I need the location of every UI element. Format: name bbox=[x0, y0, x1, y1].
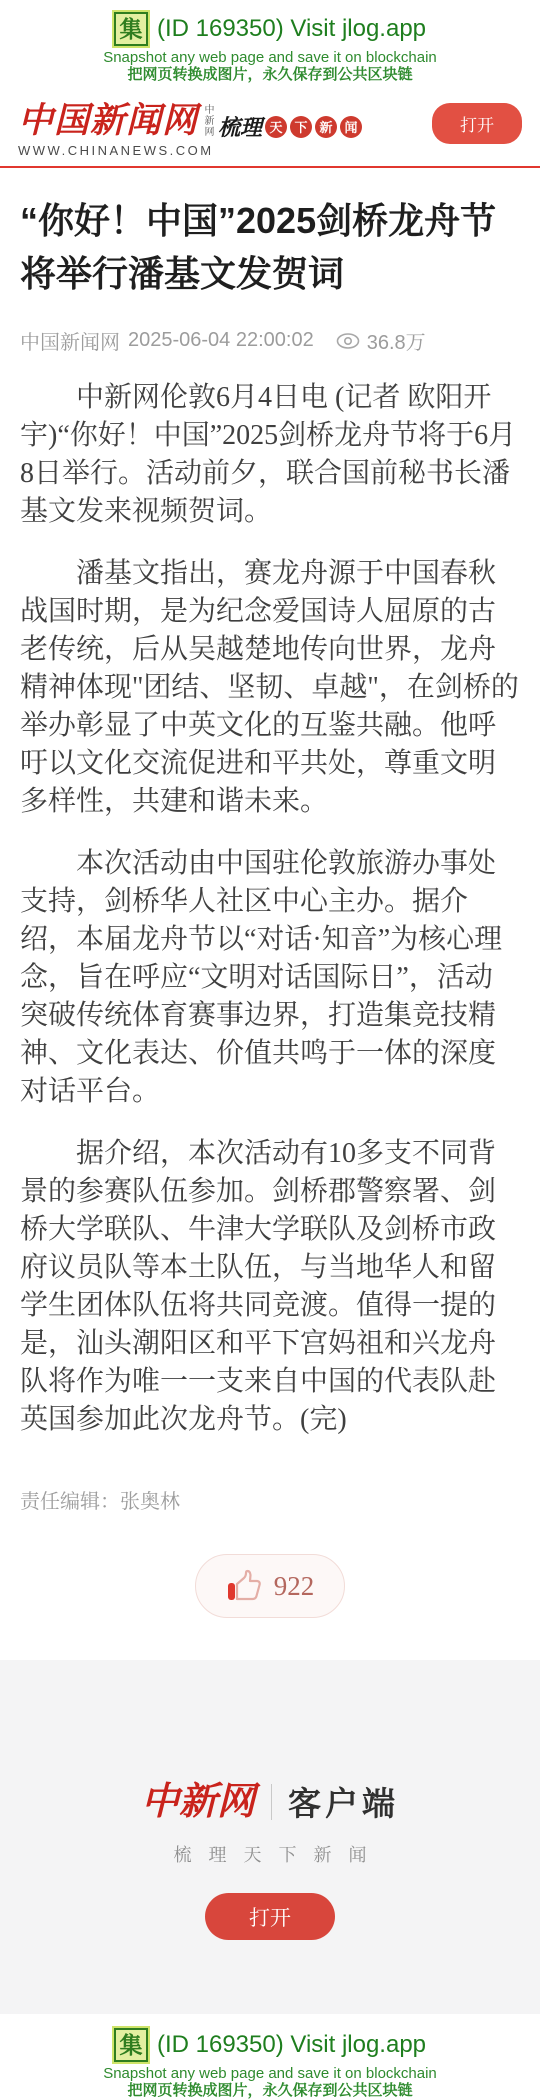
footer-logo-row: 中新网 客户端 bbox=[141, 1778, 399, 1825]
jlog-subtitle-zh: 把网页转换成图片，永久保存到公共区块链 bbox=[0, 66, 540, 83]
chinanews-logo-url: WWW.CHINANEWS.COM bbox=[18, 143, 214, 158]
jlog-logo-icon: 集 bbox=[114, 2028, 148, 2062]
article-paragraph: 潘基文指出，赛龙舟源于中国春秋战国时期，是为纪念爱国诗人屈原的古老传统，后从吴越… bbox=[20, 555, 520, 821]
jlog-subtitle-en: Snapshot any web page and save it on blo… bbox=[0, 2065, 540, 2082]
slogan-seal: 新 bbox=[315, 116, 337, 138]
jlog-subtitle-zh: 把网页转换成图片，永久保存到公共区块链 bbox=[0, 2082, 540, 2099]
page: 集 (ID 169350) Visit jlog.app Snapshot an… bbox=[0, 0, 540, 2099]
article-paragraph: 本次活动由中国驻伦敦旅游办事处支持，剑桥华人社区中心主办。据介绍，本届龙舟节以“… bbox=[20, 845, 520, 1111]
article-title: “你好！中国”2025剑桥龙舟节将举行潘基文发贺词 bbox=[20, 194, 520, 300]
article-meta: 中国新闻网 2025-06-04 22:00:02 36.8万 bbox=[20, 326, 520, 355]
open-app-button-header[interactable]: 打开 bbox=[432, 103, 522, 144]
footer-client-label: 客户端 bbox=[288, 1778, 399, 1825]
views-group: 36.8万 bbox=[336, 326, 426, 355]
article-source: 中国新闻网 bbox=[20, 326, 120, 355]
article-paragraph: 中新网伦敦6月4日电 (记者 欧阳开宇)“你好！中国”2025剑桥龙舟节将于6月… bbox=[20, 379, 520, 531]
article-paragraph: 据介绍，本次活动有10多支不同背景的参赛队伍参加。剑桥郡警察署、剑桥大学联队、牛… bbox=[20, 1135, 520, 1439]
app-footer: 中新网 客户端 梳理天下新闻 打开 bbox=[0, 1660, 540, 2014]
article-body: 中新网伦敦6月4日电 (记者 欧阳开宇)“你好！中国”2025剑桥龙舟节将于6月… bbox=[20, 379, 520, 1439]
jlog-banner-link[interactable]: (ID 169350) Visit jlog.app bbox=[157, 15, 426, 43]
slogan-seal: 下 bbox=[290, 116, 312, 138]
like-section: 922 bbox=[0, 1554, 540, 1618]
footer-logo-text: 中新网 bbox=[141, 1780, 255, 1824]
article: “你好！中国”2025剑桥龙舟节将举行潘基文发贺词 中国新闻网 2025-06-… bbox=[0, 194, 540, 1514]
footer-slogan: 梳理天下新闻 bbox=[157, 1841, 384, 1867]
slogan-seal: 闻 bbox=[340, 116, 362, 138]
views-count: 36.8万 bbox=[367, 326, 426, 355]
like-button[interactable]: 922 bbox=[195, 1554, 346, 1618]
chinanews-logo-text: 中国新闻网 bbox=[18, 101, 198, 141]
eye-icon bbox=[336, 333, 360, 349]
article-datetime: 2025-06-04 22:00:02 bbox=[128, 329, 314, 352]
chinanews-logo[interactable]: 中国新闻网 中新网 WWW.CHINANEWS.COM bbox=[18, 101, 214, 158]
jlog-banner-link[interactable]: (ID 169350) Visit jlog.app bbox=[157, 2031, 426, 2059]
thumbs-up-icon bbox=[226, 1569, 262, 1603]
jlog-logo-icon: 集 bbox=[114, 12, 148, 46]
open-app-button-footer[interactable]: 打开 bbox=[205, 1893, 335, 1940]
slogan-prefix: 梳理 bbox=[218, 111, 262, 142]
site-header: 中国新闻网 中新网 WWW.CHINANEWS.COM 梳理 天 下 新 闻 打… bbox=[0, 91, 540, 168]
footer-divider bbox=[271, 1784, 272, 1820]
chinanews-logo-sub: 中新网 bbox=[202, 104, 213, 140]
like-count: 922 bbox=[274, 1571, 315, 1602]
editor-line: 责任编辑：张奥林 bbox=[20, 1485, 520, 1514]
jlog-banner-top: 集 (ID 169350) Visit jlog.app Snapshot an… bbox=[0, 0, 540, 83]
header-slogan: 梳理 天 下 新 闻 bbox=[218, 111, 362, 142]
jlog-subtitle-en: Snapshot any web page and save it on blo… bbox=[0, 49, 540, 66]
jlog-banner-bottom: 集 (ID 169350) Visit jlog.app Snapshot an… bbox=[0, 2014, 540, 2099]
slogan-seal: 天 bbox=[265, 116, 287, 138]
